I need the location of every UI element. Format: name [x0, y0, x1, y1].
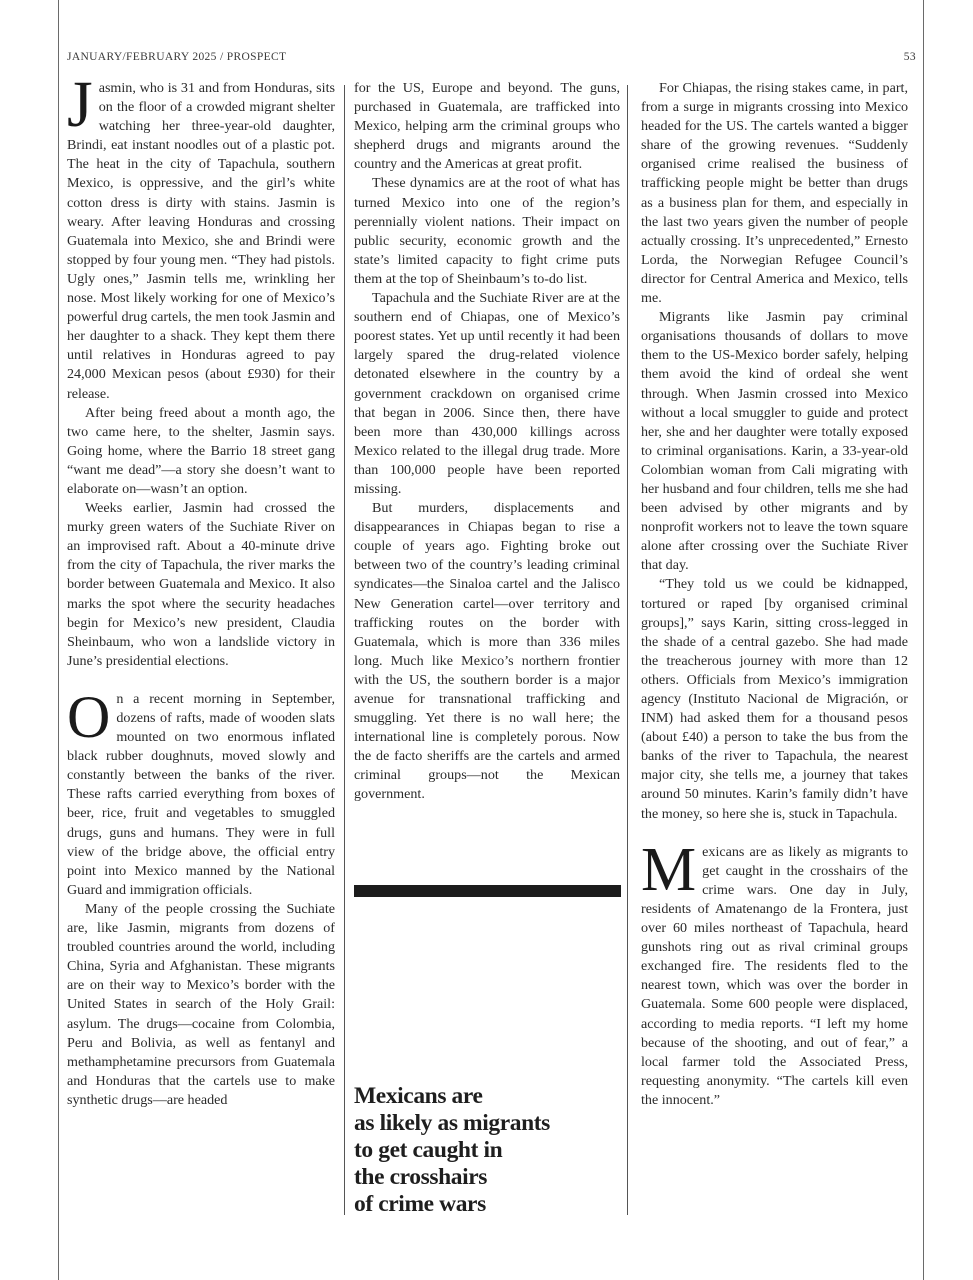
running-head: JANUARY/FEBRUARY 2025 / PROSPECT 53 [67, 51, 916, 65]
article-paragraph: Tapachula and the Suchiate River are at … [354, 289, 620, 499]
drop-cap: J [67, 79, 93, 131]
article-paragraph: For Chiapas, the rising stakes came, in … [641, 79, 908, 308]
article-paragraph: After being freed about a month ago, the… [67, 404, 335, 499]
pull-quote: Mexicans are as likely as migrants to ge… [354, 1083, 604, 1218]
page-number: 53 [904, 51, 916, 63]
article-paragraph: On a recent morning in September, dozens… [67, 690, 335, 900]
column-divider [344, 85, 345, 1215]
article-paragraph: But murders, displacements and disappear… [354, 499, 620, 805]
column-divider [627, 85, 628, 1215]
pull-quote-bar [354, 885, 621, 897]
drop-cap: M [641, 845, 696, 895]
pull-quote-line: Mexicans are [354, 1083, 604, 1110]
pull-quote-line: the crosshairs [354, 1164, 604, 1191]
article-column-3: For Chiapas, the rising stakes came, in … [641, 79, 908, 1110]
pull-quote-line: of crime wars [354, 1191, 604, 1218]
article-paragraph: Many of the people crossing the Suchiate… [67, 900, 335, 1110]
article-paragraph: Mexicans are as likely as migrants to ge… [641, 843, 908, 1110]
article-paragraph: “They told us we could be kidnapped, tor… [641, 575, 908, 823]
article-paragraph: Migrants like Jasmin pay criminal organi… [641, 308, 908, 575]
pull-quote-line: to get caught in [354, 1137, 604, 1164]
article-paragraph: Jasmin, who is 31 and from Honduras, sit… [67, 79, 335, 404]
article-column-1: Jasmin, who is 31 and from Honduras, sit… [67, 79, 335, 1110]
article-paragraph: for the US, Europe and beyond. The guns,… [354, 79, 620, 174]
article-paragraph: These dynamics are at the root of what h… [354, 174, 620, 289]
article-paragraph: Weeks earlier, Jasmin had crossed the mu… [67, 499, 335, 671]
drop-cap: O [67, 692, 110, 742]
pull-quote-line: as likely as migrants [354, 1110, 604, 1137]
article-column-2: for the US, Europe and beyond. The guns,… [354, 79, 620, 805]
running-title: JANUARY/FEBRUARY 2025 / PROSPECT [67, 51, 286, 63]
